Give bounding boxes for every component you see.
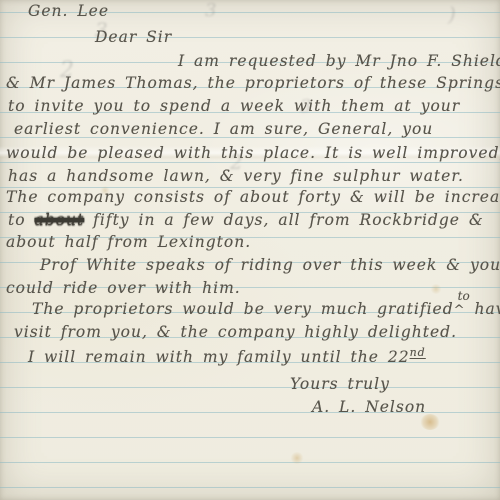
body-text: have a <box>466 300 500 318</box>
caret-mark: ^ <box>454 303 466 318</box>
closing-line: Yours truly <box>290 375 390 393</box>
body-text: to <box>8 211 35 229</box>
ink-bleed-mark: ) <box>448 2 456 26</box>
body-text: The proprietors would be very much grati… <box>32 300 454 318</box>
signature: A. L. Nelson <box>312 398 426 416</box>
letter-page: 3 3 2 2 ) 3 Gen. Lee Dear Sir I am reque… <box>0 0 500 500</box>
body-line: visit from you, & the company highly del… <box>14 323 457 341</box>
struck-out-word: about <box>35 211 85 229</box>
caret-insertion: ^to <box>454 300 466 318</box>
body-line: to invite you to spend a week with them … <box>8 97 460 115</box>
recipient-line: Gen. Lee <box>28 2 109 20</box>
body-line: could ride over with him. <box>6 279 241 297</box>
body-line: would be pleased with this place. It is … <box>6 144 500 162</box>
paper-stain <box>430 284 442 294</box>
body-line-with-strikethrough: to about fifty in a few days, all from R… <box>8 211 484 229</box>
body-text: I will remain with my family until the 2… <box>28 348 410 366</box>
body-line: The company consists of about forty & wi… <box>6 188 500 206</box>
ordinal-superscript: nd <box>410 346 426 359</box>
body-line: about half from Lexington. <box>6 233 251 251</box>
inserted-word: to <box>458 289 470 303</box>
body-line: I am requested by Mr Jno F. Shields <box>178 52 500 70</box>
body-line: has a handsome lawn, & very fine sulphur… <box>8 167 464 185</box>
paper-stain <box>290 452 304 464</box>
paper-stain <box>420 414 440 430</box>
body-line: earliest convenience. I am sure, General… <box>14 120 433 138</box>
body-line-with-ordinal: I will remain with my family until the 2… <box>28 346 426 366</box>
body-line-with-insertion: The proprietors would be very much grati… <box>32 300 500 318</box>
body-text: fifty in a few days, all from Rockbridge… <box>84 211 483 229</box>
salutation-line: Dear Sir <box>95 28 172 46</box>
ink-bleed-mark: 3 <box>205 0 216 21</box>
body-line: & Mr James Thomas, the proprietors of th… <box>6 74 500 92</box>
body-line: Prof White speaks of riding over this we… <box>40 256 500 274</box>
